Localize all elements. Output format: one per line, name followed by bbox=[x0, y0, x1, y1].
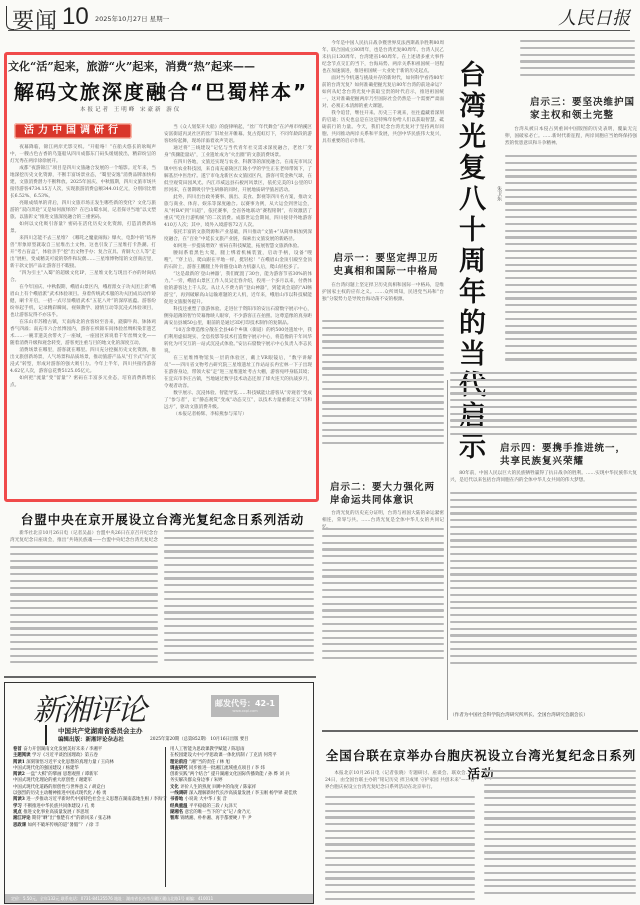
magazine-logo: 新湘评论 bbox=[33, 685, 145, 729]
text-lines-placeholder bbox=[10, 546, 158, 671]
paragraph: 数字展示、沉浸体验、智能导览……科技赋能让游客从“旁观者”变成了“参与者”，让“… bbox=[164, 390, 312, 411]
issue-info: 2025年第20期（总第852期） 10月16日出版 要目 bbox=[150, 736, 248, 742]
paragraph: 在今年国庆、中秋假期，峨眉山景区内，峨眉派女子功夫团上新“峨眉山上有个峨眉派”武… bbox=[10, 284, 156, 319]
text-lines-placeholder bbox=[484, 770, 636, 900]
paragraph: 在乐山市苏稽古镇，天南海北的食客纷至沓来，跷脚牛肉、钵钵鸡香气四溢；南充市六合丝… bbox=[10, 319, 156, 347]
section-heading-4: 启示四：要携手推进统一，共享民族复兴荣耀 bbox=[500, 442, 635, 468]
paragraph: 在台湾问题上坚定捍卫历史真相和国际一中格局，是维护国家主权的应有之义。……众所周… bbox=[322, 282, 444, 303]
text-lines-placeholder bbox=[520, 40, 635, 80]
paragraph: 成都“夜游锦江”项目是四川文旅融合发展的一个缩影。近年来，当地深挖历史文化资源，… bbox=[10, 165, 156, 200]
section-heading-2: 启示二：要大力强化两岸命运共同体意识 bbox=[330, 481, 442, 507]
lead-story-column-1: 夜幕降临，锦江两岸光影交织。“开船咯！”在船夫悠长的吆喝声中，一艘古色古香的乌篷… bbox=[10, 144, 156, 496]
text-lines-placeholder bbox=[164, 530, 314, 670]
postal-code: 邮发代号：42-1 bbox=[215, 699, 275, 708]
lead-story-kicker: 文化“活”起来，旅游“火”起来，消费“热”起来—— bbox=[8, 58, 255, 74]
paragraph: 如何以文化吸引客量？密码在活化历史文化资源，打造消费新场景。 bbox=[10, 221, 156, 235]
feature-column-section-3: 台湾从被日本侵占到重回中国版图的历史表明，覆巢无完卵，国破家必亡。……新时代新征… bbox=[505, 126, 637, 152]
section-heading-1: 启示一：要坚定捍卫历史真相和国际一中格局 bbox=[330, 252, 442, 278]
story2-dateline: 新华社北京10月26日电（记者吴晶）台盟中央26日在京召开纪念台湾光复纪念日座谈… bbox=[10, 530, 158, 544]
author-note: （作者为中国社会科学院台湾研究所所长、全国台湾研究会副会长） bbox=[450, 712, 637, 726]
column-divider bbox=[447, 380, 448, 720]
text-lines-placeholder bbox=[450, 492, 637, 672]
feature-intro-column: 今年是中国人民抗日战争暨世界反法西斯战争胜利80周年、联合国成立80周年，也是台… bbox=[322, 40, 444, 252]
paragraph: 腰间系着黑色大架，腿上绑着机械装置，启动手柄，设备“嗖嗖”，“穿上后，爬山跟在平… bbox=[164, 250, 312, 271]
paragraph: “四为引主”入蜀”的超级文化IP，三星堆文化与现出不亦的时尚结合。 bbox=[10, 270, 156, 284]
paragraph: “10万余尊造像分散在全县46个乡镇（街道）的约500处遗址中，我们利用虚拟现实… bbox=[164, 327, 312, 355]
lead-story-column-2: 当《众人划桨开大船》的旋律响起，“丝厂年代舞会”在泸州市纳溪区安富街道丙灵社区的… bbox=[164, 124, 312, 496]
paragraph: 如何把“流量”变“留量”？密码在丰富多元业态，培育消费新增长点。 bbox=[10, 375, 156, 389]
paragraph: 台湾从被日本侵占到重回中国版图的历史表明，覆巢无完卵，国破家必亡。……新时代新征… bbox=[505, 126, 637, 147]
paragraph: 新华社北京10月26日电（记者吴晶）台盟中央26日在京召开纪念台湾光复纪念日座谈… bbox=[10, 530, 158, 544]
toc-divider bbox=[165, 747, 166, 887]
text-lines-placeholder bbox=[322, 320, 444, 450]
paragraph: 我今追昔，继往开来。历史三千观来，往往蕴藏着深刻的启迪；历史也总是在这是特殊年份… bbox=[322, 110, 444, 145]
page-number: 10 bbox=[62, 3, 89, 31]
paragraph: 今年是中国人民抗日战争暨世界反法西斯战争胜利80周年、联合国成立80周年，也是台… bbox=[322, 40, 444, 75]
magazine-advertisement[interactable]: 新湘评论 邮发代号：42-1 www.xxpl.com 中国共产党湖南省委员会主… bbox=[4, 682, 314, 904]
masthead-rule bbox=[8, 30, 630, 31]
toc-item: 智库 锦绣湘、朴朴湘、再手都要硬 / 半 尹 bbox=[170, 816, 310, 822]
text-lines-placeholder bbox=[325, 796, 475, 901]
lead-story-byline: 本报记者 王明峰 宋豪新 游仪 bbox=[80, 105, 181, 113]
feature-author: 朱卫东 bbox=[496, 186, 503, 201]
paragraph: 本报北京10月26日电（记者张晓）专题研讨、座谈会、联欢会……24日，由全国台联… bbox=[325, 770, 475, 791]
section-rule bbox=[4, 676, 316, 678]
text-lines-placeholder bbox=[450, 372, 637, 442]
advert-rule bbox=[45, 725, 47, 745]
postal-code-badge: 邮发代号：42-1 www.xxpl.com bbox=[211, 695, 279, 717]
advert-footer: 定价：5.50元，全年132元 联系电话：0731-84125576 地址：湖南… bbox=[5, 894, 313, 903]
paragraph: 消费场景在哪里，游客就在哪里。四川充分挖掘历史文化资源，推出文旅创新场景，人气场… bbox=[10, 347, 156, 375]
lead-story-headline[interactable]: 解码文旅深度融合“巴蜀样本” bbox=[8, 76, 314, 105]
paragraph: 在四川各地，文旅还实现与农业、科教等的深度融合。在南充市风汉镇中医农业科技园，来… bbox=[164, 159, 312, 194]
toc-right: 用人工智能为思政课教学赋能 / 陈思雨 在校园建设大中小学思政课一体化机制 / … bbox=[170, 747, 310, 823]
paragraph: 科技还重塑了旅游体验。走进位于资阳市的安岳石窟数字展示中心，侧身超薄的智竹荧幕像… bbox=[164, 306, 312, 327]
feature-column-section-4: 80年前，中国人民以巨大的民族牺牲赢得了抗日战争的胜利。……实现中华民族伟大复兴… bbox=[450, 470, 637, 490]
section-rule bbox=[322, 730, 638, 732]
paragraph: 80年前，中国人民以巨大的民族牺牲赢得了抗日战争的胜利。……实现中华民族伟大复兴… bbox=[450, 470, 637, 484]
paragraph: 如何进一步提质增效？密码在科技赋能，拓展智慧文旅新体验。 bbox=[164, 243, 312, 250]
paragraph: 当《众人划桨开大船》的旋律响起，“丝厂年代舞会”在泸州市纳溪区安富街道丙灵社区的… bbox=[164, 124, 312, 145]
story3-dateline: 本报北京10月26日电（记者张晓）专题研讨、座谈会、联欢会……24日，由全国台联… bbox=[325, 770, 475, 792]
paragraph: 亮眼成绩单的背后，四川文旅市场正发生哪些新的变化？文化与旅游的“双向奔赴”又是如… bbox=[10, 200, 156, 221]
story2-headline[interactable]: 台盟中央在京开展设立台湾光复纪念日系列活动 bbox=[10, 510, 315, 528]
section-heading-3: 启示三：要坚决维护国家主权和领土完整 bbox=[530, 96, 635, 122]
publisher: 编辑出版：新湘评论杂志社 bbox=[58, 735, 124, 743]
issue-date: 2025年10月27日 星期一 bbox=[95, 14, 169, 23]
paragraph: 依托丰富的文旅资源和产业基础，四川推动“文旅+”从简单相加到深度融合，在“百业”… bbox=[164, 229, 312, 243]
newspaper-logo: 人民日报 bbox=[558, 4, 630, 30]
website: www.xxpl.com bbox=[211, 709, 279, 713]
paragraph: 通过将“三线建设”记忆与当代青年社交需求深度融合，老丝厂变身“侠骤能量站”，工业… bbox=[164, 145, 312, 159]
paragraph: “这是最新的‘登山神器’，我们配置了30台，能为游客节省30%的体力。”一旁，峨… bbox=[164, 271, 312, 306]
toc-left: 卷首 奋力开创湖南文化发展美好未来 / 李湘平 主题阅读 学习《习近平谈治国理政… bbox=[13, 747, 163, 829]
paragraph: 在三星堆博物馆负一层的体验区，戴上VR眼镜后，“数字讲解员”——四川省文物考古研… bbox=[164, 355, 312, 390]
paragraph: 面对当今机遇与挑战并存的新时代，如何科学看待80年前的台湾光复？如何准确把握光复… bbox=[322, 75, 444, 110]
paragraph: 来四川怎能不去三星堆？《哪吒之魔童闹海》爆火，电影中的“结界兽”形象原型就取自三… bbox=[10, 235, 156, 270]
text-lines-placeholder bbox=[505, 155, 637, 370]
sponsor: 中国共产党湖南省委员会主办 bbox=[58, 726, 143, 735]
column-badge: 活力中国调研行 bbox=[14, 123, 132, 139]
paragraph: 此外，四川出台政务赛事、演出、美食、影视等四川名方案，推动文旅与商业、体育、娱乐… bbox=[164, 194, 312, 229]
masthead: 要闻 10 2025年10月27日 星期一 人民日报 bbox=[0, 0, 640, 34]
text-lines-placeholder bbox=[322, 528, 444, 668]
toc-item: 思政课 如何不破坏传统的道“暑假”？ / 徐 丰 bbox=[13, 823, 163, 829]
paragraph: （本报记者杨辉、李棕燕参与采写） bbox=[164, 411, 312, 418]
paragraph: 夜幕降临，锦江两岸光影交织。“开船咯！”在船夫悠长的吆喝声中，一艘古色古香的乌篷… bbox=[10, 144, 156, 165]
